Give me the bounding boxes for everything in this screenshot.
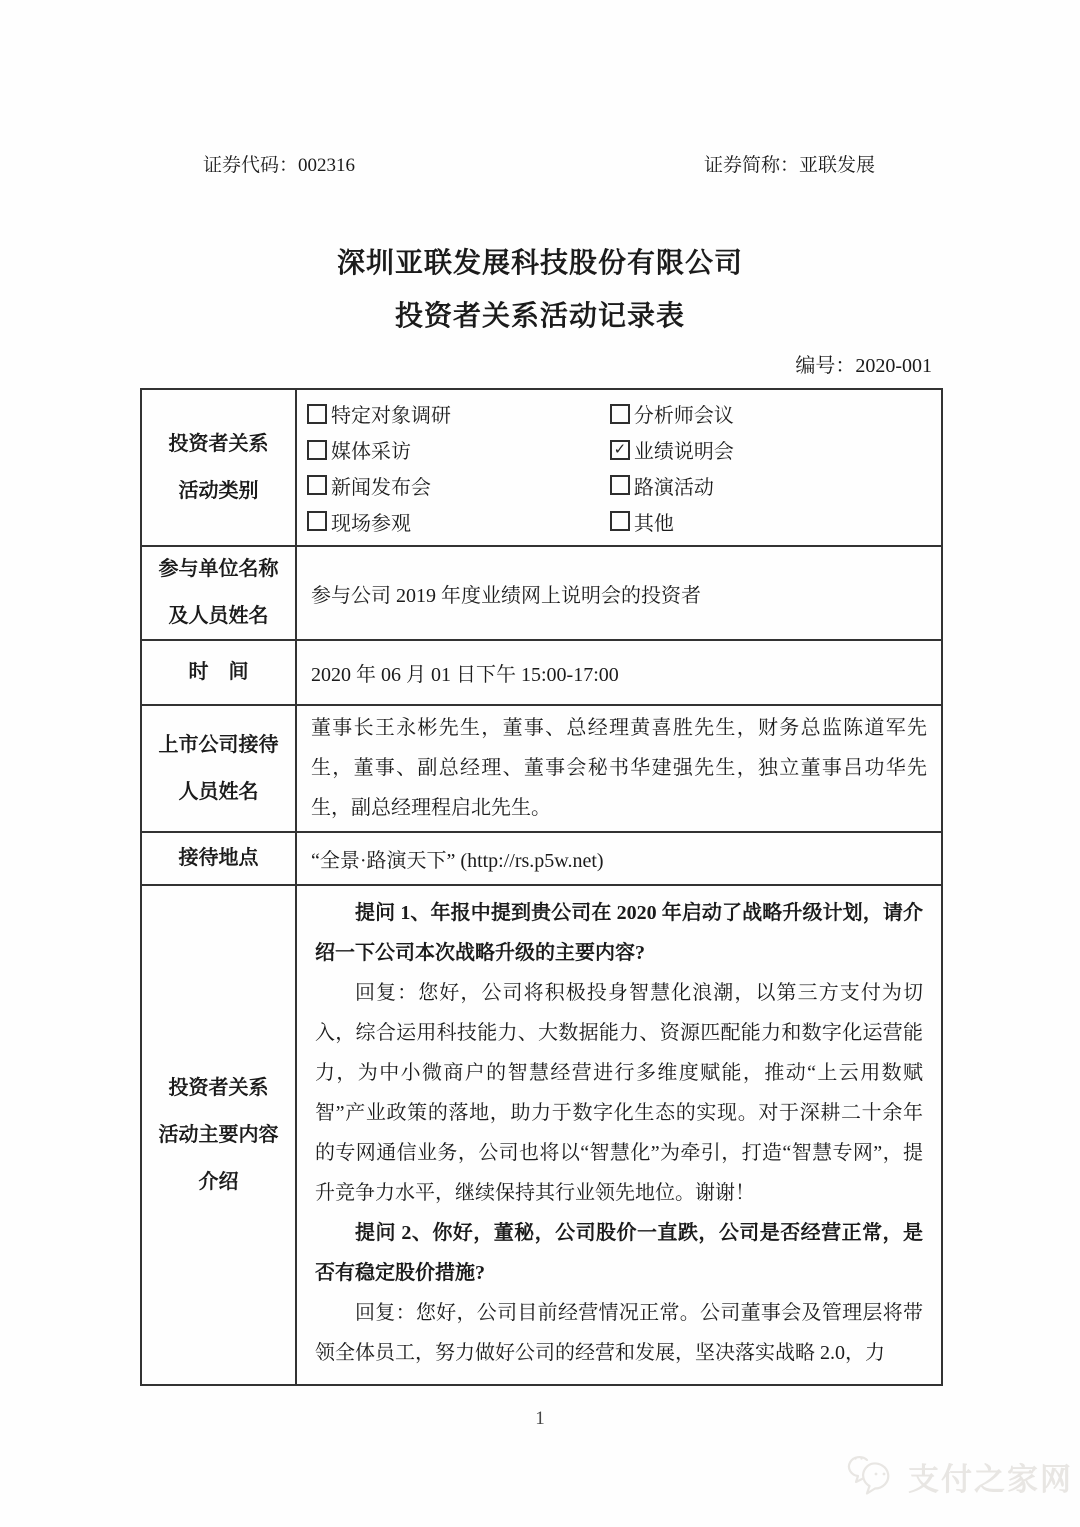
document-page: 证券代码：002316 证券简称：亚联发展 深圳亚联发展科技股份有限公司 投资者…: [0, 0, 1080, 1527]
option-label: 其他: [634, 507, 674, 536]
main-content-label: 投资者关系 活动主要内容 介绍: [142, 886, 297, 1384]
checkbox-icon: [610, 511, 630, 531]
label-line: 及人员姓名: [169, 593, 269, 639]
label-line: 介绍: [199, 1159, 239, 1206]
option-label: 现场参观: [331, 507, 411, 536]
watermark-text: 支付之家网: [908, 1454, 1073, 1499]
row-location: 接待地点 “全景·路演天下” (http://rs.p5w.net): [142, 831, 941, 884]
checkbox-icon: [307, 404, 327, 424]
checkbox-icon: [307, 511, 327, 531]
label-line: 人员姓名: [179, 769, 259, 816]
checkbox-icon: [610, 475, 630, 495]
participants-label: 参与单位名称 及人员姓名: [142, 547, 297, 639]
option-roadshow: 路演活动: [610, 468, 937, 502]
option-press-conference: 新闻发布会: [307, 468, 610, 502]
row-receptionists: 上市公司接待 人员姓名 董事长王永彬先生，董事、总经理黄喜胜先生，财务总监陈道军…: [142, 704, 941, 831]
receptionists-label: 上市公司接待 人员姓名: [142, 706, 297, 831]
time-value: 2020 年 06 月 01 日下午 15:00-17:00: [297, 641, 941, 704]
participants-value: 参与公司 2019 年度业绩网上说明会的投资者: [297, 547, 941, 639]
activity-type-options: 特定对象调研 分析师会议 媒体采访 ✓ 业绩说明会 新闻发布会: [297, 390, 941, 545]
option-label: 特定对象调研: [331, 399, 451, 428]
option-label: 媒体采访: [331, 435, 411, 464]
document-title-record: 投资者关系活动记录表: [0, 294, 1080, 334]
option-label: 分析师会议: [634, 399, 734, 428]
record-table: 投资者关系 活动类别 特定对象调研 分析师会议 媒体采访 ✓ 业: [140, 388, 943, 1386]
row-activity-type: 投资者关系 活动类别 特定对象调研 分析师会议 媒体采访 ✓ 业: [142, 390, 941, 545]
document-title-company: 深圳亚联发展科技股份有限公司: [0, 241, 1080, 281]
question-1: 提问 1、年报中提到贵公司在 2020 年启动了战略升级计划，请介绍一下公司本次…: [315, 893, 923, 973]
document-number: 编号：2020-001: [140, 349, 932, 378]
chat-bubbles-icon: [846, 1450, 902, 1503]
label-line: 活动主要内容: [159, 1112, 279, 1159]
row-main-content: 投资者关系 活动主要内容 介绍 提问 1、年报中提到贵公司在 2020 年启动了…: [142, 884, 941, 1384]
label-line: 投资者关系: [169, 1065, 269, 1112]
question-2: 提问 2、你好，董秘，公司股价一直跌，公司是否经营正常，是否有稳定股价措施?: [315, 1213, 923, 1293]
option-label: 路演活动: [634, 471, 714, 500]
option-specific-object-research: 特定对象调研: [307, 397, 610, 431]
watermark: 支付之家网: [846, 1450, 1073, 1503]
checkbox-icon: [610, 404, 630, 424]
option-media-interview: 媒体采访: [307, 433, 610, 467]
checkbox-checked-icon: ✓: [610, 440, 630, 460]
option-label: 新闻发布会: [331, 471, 431, 500]
row-time: 时 间 2020 年 06 月 01 日下午 15:00-17:00: [142, 639, 941, 704]
receptionists-value: 董事长王永彬先生，董事、总经理黄喜胜先生，财务总监陈道军先生，董事、副总经理、董…: [297, 706, 941, 831]
activity-type-label: 投资者关系 活动类别: [142, 390, 297, 545]
row-participants: 参与单位名称 及人员姓名 参与公司 2019 年度业绩网上说明会的投资者: [142, 545, 941, 639]
option-label: 业绩说明会: [634, 435, 734, 464]
checkbox-icon: [307, 475, 327, 495]
stock-code: 证券代码：002316: [203, 150, 355, 177]
main-content-qa: 提问 1、年报中提到贵公司在 2020 年启动了战略升级计划，请介绍一下公司本次…: [297, 886, 941, 1384]
time-label: 时 间: [142, 641, 297, 704]
answer-1: 回复：您好，公司将积极投身智慧化浪潮，以第三方支付为切入，综合运用科技能力、大数…: [315, 973, 923, 1213]
answer-2: 回复：您好，公司目前经营情况正常。公司董事会及管理层将带领全体员工，努力做好公司…: [315, 1293, 923, 1373]
securities-header: 证券代码：002316 证券简称：亚联发展: [203, 150, 875, 177]
page-number: 1: [0, 1408, 1080, 1430]
label-line: 上市公司接待: [159, 722, 279, 769]
label-line: 投资者关系: [169, 421, 269, 468]
option-site-visit: 现场参观: [307, 504, 610, 538]
label-line: 参与单位名称: [159, 546, 279, 593]
location-label: 接待地点: [142, 833, 297, 884]
option-results-briefing: ✓ 业绩说明会: [610, 433, 937, 467]
option-other: 其他: [610, 504, 937, 538]
location-value: “全景·路演天下” (http://rs.p5w.net): [297, 833, 941, 884]
checkbox-icon: [307, 440, 327, 460]
label-line: 活动类别: [179, 468, 259, 515]
stock-short-name: 证券简称：亚联发展: [704, 150, 875, 177]
option-analyst-meeting: 分析师会议: [610, 397, 937, 431]
